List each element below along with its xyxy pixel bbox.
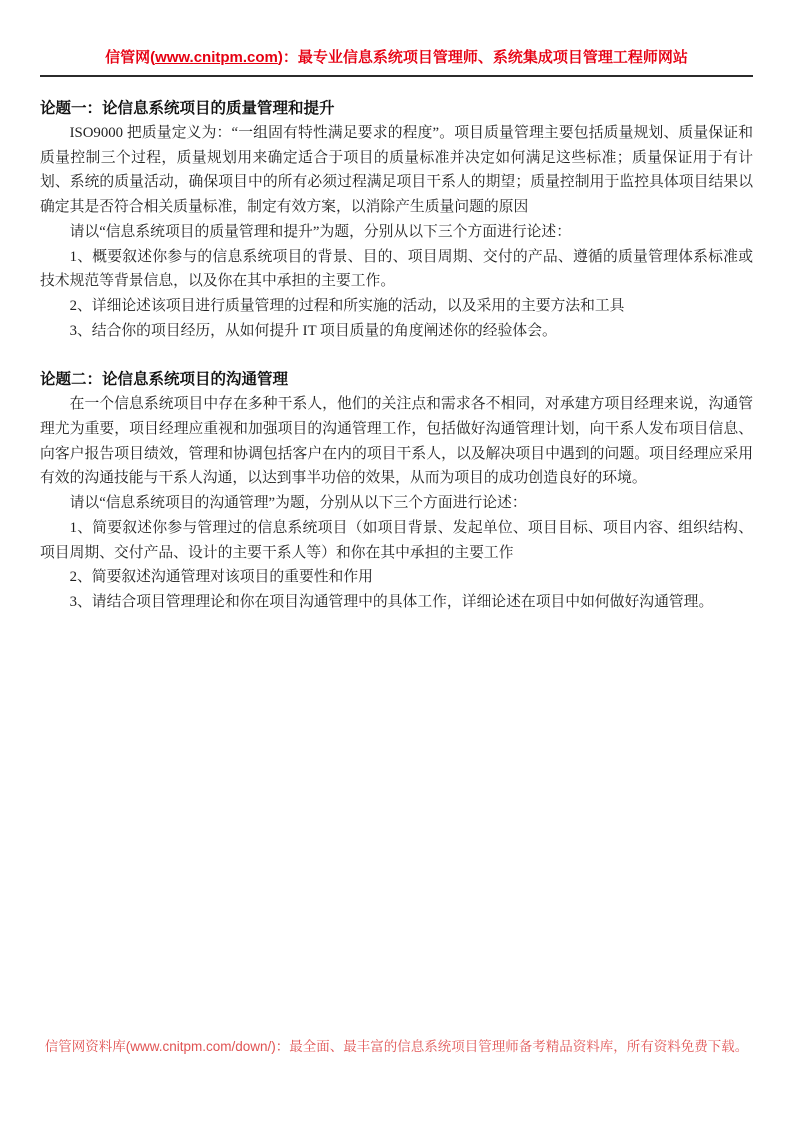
topic-2-intro-paragraph: 在一个信息系统项目中存在多种干系人，他们的关注点和需求各不相同，对承建方项目经理… xyxy=(40,392,753,491)
topic-2-item-3: 3、请结合项目管理理论和你在项目沟通管理中的具体工作，详细论述在项目中如何做好沟… xyxy=(40,590,753,615)
document-body: 论题一：论信息系统项目的质量管理和提升 ISO9000 把质量定义为：“一组固有… xyxy=(40,77,753,615)
topic-quality-management: 论题一：论信息系统项目的质量管理和提升 ISO9000 把质量定义为：“一组固有… xyxy=(40,96,753,343)
topic-1-instruction-paragraph: 请以“信息系统项目的质量管理和提升”为题，分别从以下三个方面进行论述： xyxy=(40,220,753,245)
topic-1-item-1: 1、概要叙述你参与的信息系统项目的背景、目的、项目周期、交付的产品、遵循的质量管… xyxy=(40,245,753,294)
header-site-name: 信管网( xyxy=(105,49,155,66)
topic-2-instruction-paragraph: 请以“信息系统项目的沟通管理”为题，分别从以下三个方面进行论述： xyxy=(40,491,753,516)
page-footer: 信管网资料库(www.cnitpm.com/down/)：最全面、最丰富的信息系… xyxy=(0,1038,793,1056)
footer-text: 信管网资料库(www.cnitpm.com/down/)：最全面、最丰富的信息系… xyxy=(45,1039,749,1054)
header-url-link[interactable]: www.cnitpm.com xyxy=(155,49,278,66)
topic-1-intro-paragraph: ISO9000 把质量定义为：“一组固有特性满足要求的程度”。项目质量管理主要包… xyxy=(40,121,753,220)
topic-1-item-2: 2、详细论述该项目进行质量管理的过程和所实施的活动，以及采用的主要方法和工具 xyxy=(40,294,753,319)
document-page: 信管网(www.cnitpm.com)：最专业信息系统项目管理师、系统集成项目管… xyxy=(0,0,793,1122)
topic-2-item-1: 1、简要叙述你参与管理过的信息系统项目（如项目背景、发起单位、项目目标、项目内容… xyxy=(40,516,753,565)
topic-2-item-2: 2、简要叙述沟通管理对该项目的重要性和作用 xyxy=(40,565,753,590)
topic-communication-management: 论题二：论信息系统项目的沟通管理 在一个信息系统项目中存在多种干系人，他们的关注… xyxy=(40,367,753,614)
topic-2-title: 论题二：论信息系统项目的沟通管理 xyxy=(40,367,753,392)
header-tagline: )：最专业信息系统项目管理师、系统集成项目管理工程师网站 xyxy=(278,49,688,66)
page-header: 信管网(www.cnitpm.com)：最专业信息系统项目管理师、系统集成项目管… xyxy=(0,0,793,68)
topic-1-title: 论题一：论信息系统项目的质量管理和提升 xyxy=(40,96,753,121)
topic-1-item-3: 3、结合你的项目经历，从如何提升 IT 项目质量的角度阐述你的经验体会。 xyxy=(40,319,753,344)
